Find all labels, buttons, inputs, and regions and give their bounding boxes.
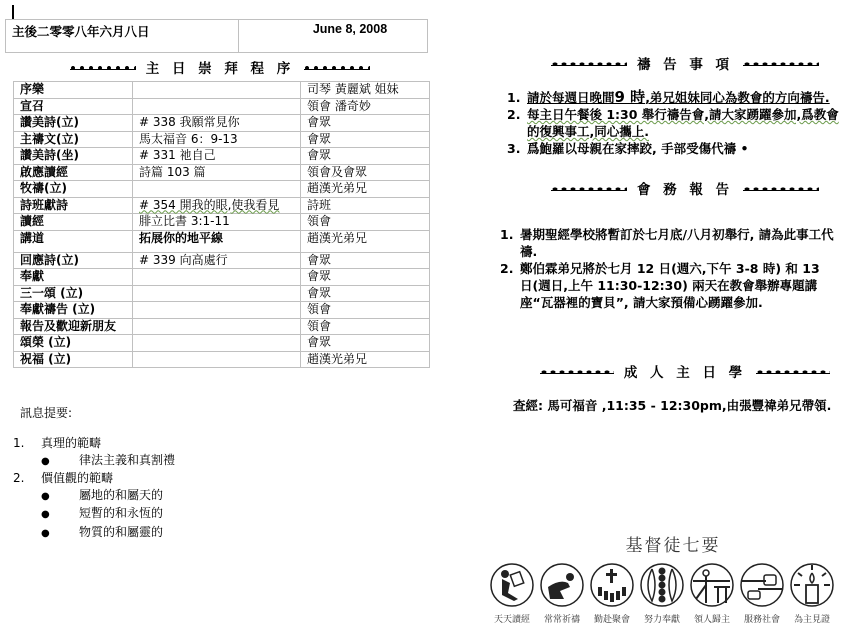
service-detail — [133, 335, 301, 352]
service-detail — [133, 351, 301, 368]
service-row: 序樂司琴 黃麗斌 姐妹 — [14, 82, 430, 99]
essential-label: 為主見證 — [788, 612, 836, 625]
outline-subpoint: ●物質的和屬靈的 — [13, 524, 175, 543]
service-detail: 拓展你的地平線 — [133, 230, 301, 252]
service-detail — [133, 181, 301, 198]
service-item: 宣召 — [14, 98, 133, 115]
service-detail: # 338 我願常見你 — [133, 115, 301, 132]
service-person: 領會及會眾 — [301, 164, 430, 181]
service-item: 講道 — [14, 230, 133, 252]
prayer-title: 禱 告 事 項 — [530, 53, 840, 73]
service-row: 詩班獻詩# 354 開我的眼,使我看見詩班 — [14, 197, 430, 214]
service-detail — [133, 302, 301, 319]
essential-label: 勤赴聚會 — [588, 612, 636, 625]
service-row: 回應詩(立)# 339 向高處行會眾 — [14, 252, 430, 269]
service-person: 會眾 — [301, 131, 430, 148]
seven-essentials-title: 基督徒七要 — [500, 531, 846, 556]
sermon-notes-label: 訊息提要: — [20, 404, 72, 421]
service-item: 啟應讀經 — [14, 164, 133, 181]
essential-label: 服務社會 — [738, 612, 786, 625]
service-person: 會眾 — [301, 148, 430, 165]
prayer-item: 3. 爲鮑羅以母親在家摔跤, 手部受傷代禱 • — [507, 140, 839, 157]
essential-item: 努力奉獻 — [638, 562, 686, 625]
essential-label: 常常祈禱 — [538, 612, 586, 625]
service-item: 奉獻禱告 (立) — [14, 302, 133, 319]
outline-point: 2.價值觀的範疇 — [13, 470, 175, 487]
fish-offering-icon — [638, 562, 686, 608]
service-detail: # 339 向高處行 — [133, 252, 301, 269]
service-person: 會眾 — [301, 335, 430, 352]
prayer-item: 1. 請於每週日晚間9 時,弟兄姐妹同心為教會的方向禱告. — [507, 89, 839, 106]
english-date: June 8, 2008 — [239, 20, 428, 53]
decorative-divider-icon — [540, 369, 614, 374]
decorative-divider-icon — [756, 369, 830, 374]
decorative-divider-icon — [743, 61, 819, 66]
kneeling-prayer-icon — [538, 562, 586, 608]
essential-item: 天天讀經 — [488, 562, 536, 625]
service-detail — [133, 98, 301, 115]
service-person: 會眾 — [301, 252, 430, 269]
service-person: 會眾 — [301, 285, 430, 302]
service-detail: 馬太福音 6：9-13 — [133, 131, 301, 148]
affairs-item: 2. 鄭伯霖弟兄將於七月 12 日(週六,下午 3-8 時) 和 13 日(週日… — [500, 260, 836, 311]
service-detail: 腓立比書 3:1-11 — [133, 214, 301, 231]
bullet-icon: ● — [13, 454, 79, 471]
service-row: 啟應讀經詩篇 103 篇領會及會眾 — [14, 164, 430, 181]
outline-point: 1.真理的範疇 — [13, 435, 175, 452]
service-detail: # 354 開我的眼,使我看見 — [133, 197, 301, 214]
affairs-item: 1. 暑期聖經學校將暫訂於七月底/八月初舉行, 請為此事工代禱. — [500, 226, 836, 260]
bullet-icon: ● — [13, 526, 79, 543]
service-title: 主 日 崇 拜 程 序 — [60, 57, 380, 77]
service-row: 讚美詩(坐)# 331 祂自己會眾 — [14, 148, 430, 165]
service-person: 詩班 — [301, 197, 430, 214]
serving-hands-icon — [738, 562, 786, 608]
service-person: 會眾 — [301, 115, 430, 132]
service-row: 祝福 (立)趙漢光弟兄 — [14, 351, 430, 368]
essential-label: 努力奉獻 — [638, 612, 686, 625]
church-affairs-title: 會 務 報 告 — [530, 178, 840, 198]
decorative-divider-icon — [304, 65, 370, 70]
service-row: 主禱文(立)馬太福音 6：9-13會眾 — [14, 131, 430, 148]
essential-item: 常常祈禱 — [538, 562, 586, 625]
service-detail — [133, 82, 301, 99]
bible-study-info: 查經: 馬可福音 ,11:35 - 12:30pm,由張豐禕弟兄帶領. — [513, 396, 831, 414]
service-person: 領會 潘奇妙 — [301, 98, 430, 115]
lead-to-lord-icon — [688, 562, 736, 608]
service-detail — [133, 285, 301, 302]
chinese-date: 主後二零零八年六月八日 — [6, 20, 239, 53]
service-item: 詩班獻詩 — [14, 197, 133, 214]
service-item: 奉獻 — [14, 269, 133, 286]
service-row: 頌榮 (立)會眾 — [14, 335, 430, 352]
service-person: 領會 — [301, 214, 430, 231]
essential-label: 領人歸主 — [688, 612, 736, 625]
service-detail — [133, 318, 301, 335]
outline-subpoint: ●短暫的和永恆的 — [13, 505, 175, 524]
service-row: 報告及歡迎新朋友領會 — [14, 318, 430, 335]
decorative-divider-icon — [70, 65, 136, 70]
outline-subpoint: ●律法主義和真割禮 — [13, 452, 175, 471]
service-item: 主禱文(立) — [14, 131, 133, 148]
service-person: 領會 — [301, 318, 430, 335]
decorative-divider-icon — [551, 186, 627, 191]
essential-item: 服務社會 — [738, 562, 786, 625]
date-header-table: 主後二零零八年六月八日 June 8, 2008 — [5, 19, 428, 53]
decorative-divider-icon — [551, 61, 627, 66]
service-person: 趙漢光弟兄 — [301, 230, 430, 252]
service-item: 牧禱(立) — [14, 181, 133, 198]
service-item: 三一頌 (立) — [14, 285, 133, 302]
service-person: 趙漢光弟兄 — [301, 181, 430, 198]
service-person: 司琴 黃麗斌 姐妹 — [301, 82, 430, 99]
service-person: 會眾 — [301, 269, 430, 286]
service-row: 牧禱(立)趙漢光弟兄 — [14, 181, 430, 198]
service-row: 講道拓展你的地平線趙漢光弟兄 — [14, 230, 430, 252]
essential-label: 天天讀經 — [488, 612, 536, 625]
text-cursor — [12, 5, 14, 19]
service-detail: 詩篇 103 篇 — [133, 164, 301, 181]
service-item: 讚美詩(坐) — [14, 148, 133, 165]
service-detail: # 331 祂自己 — [133, 148, 301, 165]
service-row: 宣召領會 潘奇妙 — [14, 98, 430, 115]
service-person: 領會 — [301, 302, 430, 319]
prayer-list: 1. 請於每週日晚間9 時,弟兄姐妹同心為教會的方向禱告. 2. 每主日午餐後 … — [507, 89, 839, 157]
service-item: 報告及歡迎新朋友 — [14, 318, 133, 335]
service-detail — [133, 269, 301, 286]
service-row: 奉獻會眾 — [14, 269, 430, 286]
service-item: 回應詩(立) — [14, 252, 133, 269]
adult-sunday-school-title: 成 人 主 日 學 — [530, 361, 840, 381]
service-item: 祝福 (立) — [14, 351, 133, 368]
sermon-outline: 1.真理的範疇●律法主義和真割禮2.價值觀的範疇●屬地的和屬天的●短暫的和永恆的… — [13, 435, 175, 542]
essential-item: 勤赴聚會 — [588, 562, 636, 625]
candle-witness-icon — [788, 562, 836, 608]
essential-item: 領人歸主 — [688, 562, 736, 625]
order-of-service-table: 序樂司琴 黃麗斌 姐妹宣召領會 潘奇妙讚美詩(立)# 338 我願常見你會眾主禱… — [13, 81, 430, 368]
gathering-cross-icon — [588, 562, 636, 608]
bullet-icon: ● — [13, 507, 79, 524]
bullet-icon: ● — [13, 489, 79, 506]
church-affairs-list: 1. 暑期聖經學校將暫訂於七月底/八月初舉行, 請為此事工代禱. 2. 鄭伯霖弟… — [500, 226, 836, 311]
service-item: 頌榮 (立) — [14, 335, 133, 352]
service-item: 序樂 — [14, 82, 133, 99]
service-item: 讀經 — [14, 214, 133, 231]
service-row: 讀經腓立比書 3:1-11領會 — [14, 214, 430, 231]
seven-essentials: 基督徒七要 天天讀經常常祈禱勤赴聚會努力奉獻領人歸主服務社會為主見證 — [488, 531, 846, 625]
decorative-divider-icon — [743, 186, 819, 191]
outline-subpoint: ●屬地的和屬天的 — [13, 487, 175, 506]
service-row: 奉獻禱告 (立)領會 — [14, 302, 430, 319]
service-row: 讚美詩(立)# 338 我願常見你會眾 — [14, 115, 430, 132]
service-person: 趙漢光弟兄 — [301, 351, 430, 368]
bible-reading-icon — [488, 562, 536, 608]
prayer-item: 2. 每主日午餐後 1:30 舉行禱告會,請大家踴躍參加,爲教會的復興事工,同心… — [507, 106, 839, 140]
essential-item: 為主見證 — [788, 562, 836, 625]
service-item: 讚美詩(立) — [14, 115, 133, 132]
service-row: 三一頌 (立)會眾 — [14, 285, 430, 302]
